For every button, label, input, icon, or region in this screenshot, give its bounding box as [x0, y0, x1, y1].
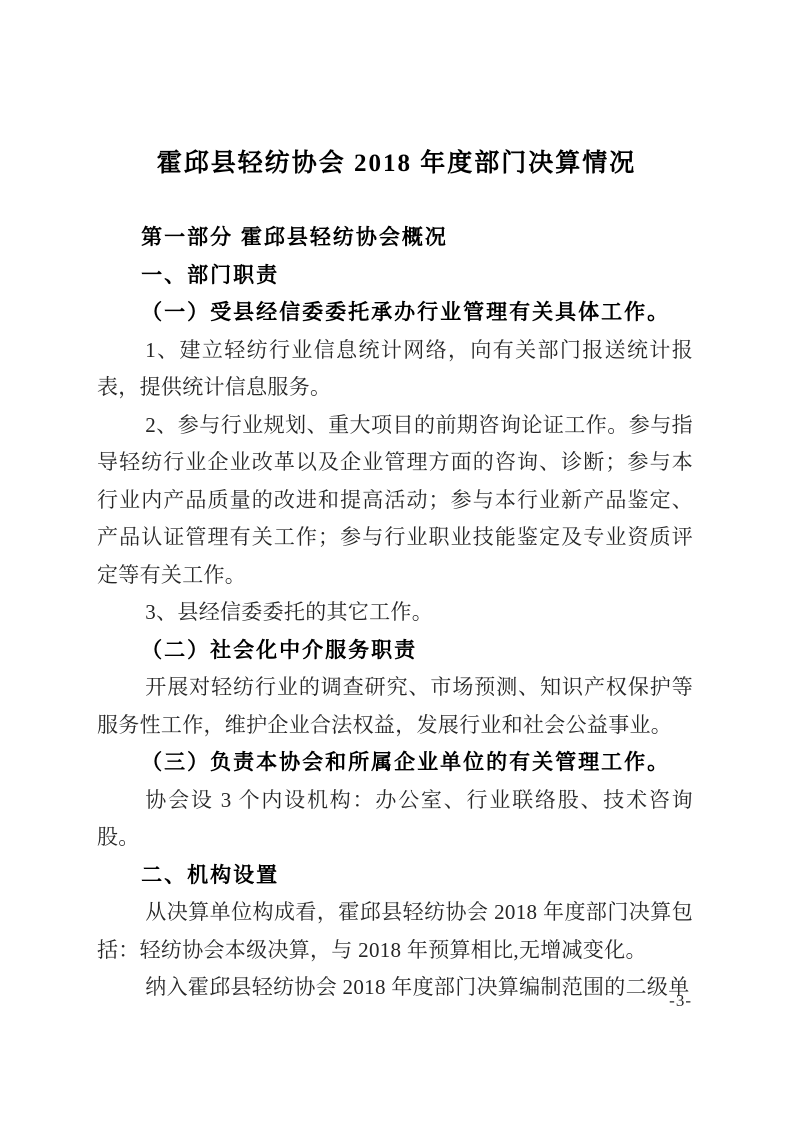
- paragraph: 3、县经信委委托的其它工作。: [97, 594, 693, 632]
- paragraph: 2、参与行业规划、重大项目的前期咨询论证工作。参与指导轻纺行业企业改革以及企业管…: [97, 407, 693, 595]
- section-heading: 一、部门职责: [97, 257, 693, 295]
- document-body: 第一部分 霍邱县轻纺协会概况一、部门职责（一）受县经信委委托承办行业管理有关具体…: [97, 219, 693, 1007]
- section-heading: （一）受县经信委委托承办行业管理有关具体工作。: [97, 294, 693, 332]
- section-heading: 二、机构设置: [97, 857, 693, 895]
- section-heading: （二）社会化中介服务职责: [97, 632, 693, 670]
- paragraph: 纳入霍邱县轻纺协会 2018 年度部门决算编制范围的二级单: [97, 969, 693, 1007]
- paragraph: 从决算单位构成看，霍邱县轻纺协会 2018 年度部门决算包括：轻纺协会本级决算，…: [97, 894, 693, 969]
- document-title: 霍邱县轻纺协会 2018 年度部门决算情况: [96, 143, 697, 179]
- section-heading: 第一部分 霍邱县轻纺协会概况: [97, 219, 693, 257]
- paragraph: 协会设 3 个内设机构：办公室、行业联络股、技术咨询股。: [97, 782, 693, 857]
- section-heading: （三）负责本协会和所属企业单位的有关管理工作。: [97, 744, 693, 782]
- paragraph: 开展对轻纺行业的调查研究、市场预测、知识产权保护等服务性工作，维护企业合法权益，…: [97, 669, 693, 744]
- page-number: -3-: [669, 991, 692, 1011]
- document-page: 霍邱县轻纺协会 2018 年度部门决算情况 第一部分 霍邱县轻纺协会概况一、部门…: [0, 0, 793, 1122]
- paragraph: 1、建立轻纺行业信息统计网络，向有关部门报送统计报表，提供统计信息服务。: [97, 332, 693, 407]
